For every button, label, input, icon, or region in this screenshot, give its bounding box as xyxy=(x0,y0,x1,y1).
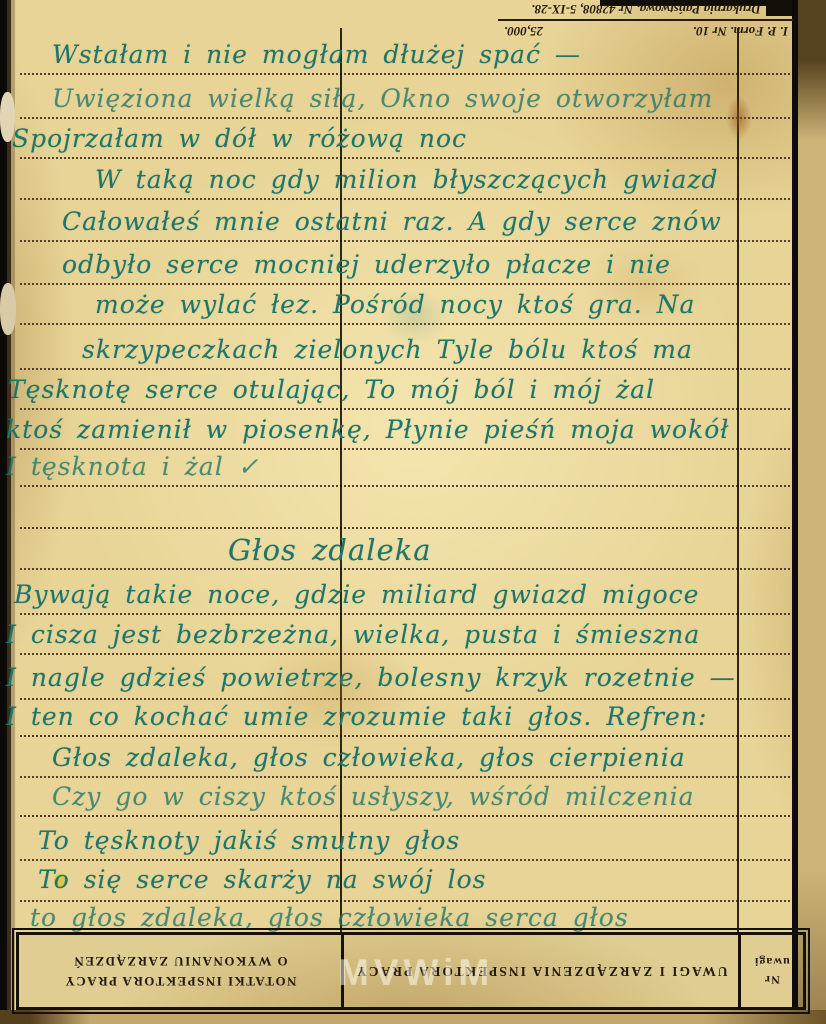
handwritten-line: to głos zdaleka, głos człowieka serca gł… xyxy=(30,903,629,932)
handwritten-line: może wylać łez. Pośród nocy ktoś gra. Na xyxy=(95,290,695,319)
ruled-line xyxy=(20,485,790,487)
ruled-line xyxy=(20,527,790,529)
ruled-line xyxy=(20,653,790,655)
form-header-notes-line1: NOTATKI INSPEKTORA PRACY xyxy=(64,971,296,991)
handwritten-line: ktoś zamienił w piosenkę, Płynie pieśń m… xyxy=(6,415,729,444)
handwritten-line: skrzypeczkach zielonych Tyle bólu ktoś m… xyxy=(82,335,693,364)
ruled-line xyxy=(20,900,790,902)
form-header-remarks-cell: UWAGI I ZARZĄDZENIA INSPEKTORA PRACY xyxy=(344,935,741,1007)
form-header-notes-line2: O WYKONANIU ZARZĄDZEŃ xyxy=(64,952,296,972)
handwritten-line: Wstałam i nie mogłam dłużej spać — xyxy=(52,40,581,69)
form-header-remarks: UWAGI I ZARZĄDZENIA INSPEKTORA PRACY xyxy=(355,963,728,979)
handwritten-line: Czy go w ciszy ktoś usłyszy, wśród milcz… xyxy=(52,782,695,811)
form-vertical-line-right xyxy=(737,28,739,932)
print-run: 25,000. xyxy=(504,23,543,39)
ruled-line xyxy=(20,859,790,861)
ruled-line xyxy=(20,368,790,370)
page-right-edge xyxy=(798,0,826,1024)
ruled-line xyxy=(20,73,790,75)
page-bottom-edge xyxy=(0,1010,826,1024)
ruled-line xyxy=(20,198,790,200)
handwritten-line: odbyło serce mocniej uderzyło płacze i n… xyxy=(62,250,671,279)
ruled-line xyxy=(20,408,790,410)
handwritten-line: Głos zdaleka, głos człowieka, głos cierp… xyxy=(52,743,686,772)
handwritten-line: W taką noc gdy milion błyszczących gwiaz… xyxy=(95,165,719,194)
ruled-line xyxy=(20,613,790,615)
handwritten-line: Bywają takie noce, gdzie miliard gwiazd … xyxy=(14,580,699,609)
handwritten-line: I ten co kochać umie zrozumie taki głos.… xyxy=(6,702,707,731)
ruled-line xyxy=(20,157,790,159)
ruled-line xyxy=(20,323,790,325)
form-header-nr: Nr xyxy=(754,971,790,989)
form-header-uwagi: uwagi xyxy=(754,953,790,971)
handwritten-line: Całowałeś mnie ostatni raz. A gdy serce … xyxy=(62,207,722,236)
ruled-line xyxy=(20,776,790,778)
handwritten-line: I cisza jest bezbrzeżna, wielka, pusta i… xyxy=(6,620,700,649)
poem-title: Głos zdaleka xyxy=(228,533,432,567)
handwritten-line: To się serce skarży na swój los xyxy=(38,865,487,894)
handwritten-line: I nagle gdzieś powietrze, bolesny krzyk … xyxy=(6,663,736,692)
ruled-line xyxy=(20,448,790,450)
handwritten-line: I tęsknota i żal ✓ xyxy=(6,452,260,481)
form-header-notes-cell: NOTATKI INSPEKTORA PRACY O WYKONANIU ZAR… xyxy=(19,935,344,1007)
handwritten-line: To tęsknoty jakiś smutny głos xyxy=(38,826,460,855)
ruled-line xyxy=(20,568,790,570)
paper-damage-spot xyxy=(0,283,16,335)
ruled-line xyxy=(20,240,790,242)
form-number-row: I. P. Form. Nr 10. 25,000. xyxy=(498,21,794,40)
handwritten-line: Spojrzałam w dół w różową noc xyxy=(12,124,467,153)
ruled-line xyxy=(20,283,790,285)
printer-name: Drukarnia Państwowa, Nr 42808, 5-IX-28. xyxy=(498,1,794,21)
form-header-number-cell: Nr uwagi xyxy=(741,935,803,1007)
notebook-page: I. P. Form. Nr 10. 25,000. Drukarnia Pań… xyxy=(0,0,826,1024)
form-number: I. P. Form. Nr 10. xyxy=(693,23,788,39)
ruled-line xyxy=(20,117,790,119)
handwritten-line: Tęsknotę serce otulając, To mój ból i mó… xyxy=(8,375,655,404)
form-header-box: NOTATKI INSPEKTORA PRACY O WYKONANIU ZAR… xyxy=(16,932,806,1010)
binding-edge xyxy=(0,0,15,1024)
ruled-line xyxy=(20,815,790,817)
ruled-line xyxy=(20,735,790,737)
handwritten-line: Uwięziona wielką siłą, Okno swoje otworz… xyxy=(52,84,713,113)
ruled-line xyxy=(20,698,790,700)
printed-form-imprint: I. P. Form. Nr 10. 25,000. Drukarnia Pań… xyxy=(498,1,794,40)
